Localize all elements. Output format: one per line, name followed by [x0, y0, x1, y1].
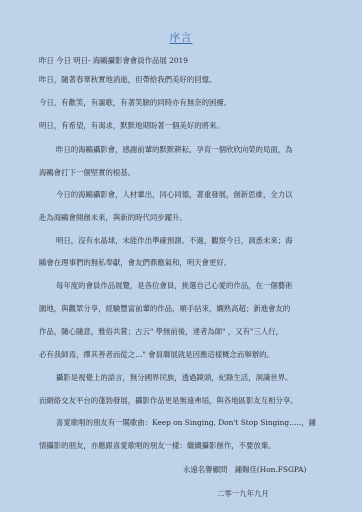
paragraph-photography-line2: 而網絡交友平台的蓬勃發展，攝影作品更是無遠弗屆，與各地區影友互相分享。 [39, 396, 298, 406]
signature-date: 二零一九年九月 [217, 489, 269, 499]
exhibition-heading: 昨日 今日 明日- 海鷗攝影會會員作品展 2019 [39, 56, 188, 66]
paragraph-tomorrow: 明日，有希望，有渴求，默默地期盼著一個美好的將來。 [39, 121, 224, 131]
paragraph-singing-line1: 喜愛歌唱的朋友有一闋歌曲：Keep on Singing, Don't Stop… [56, 418, 316, 428]
paragraph-photography-line1: 攝影是視覺上的語言，無分國界民族，透過鏡頭，紀錄生活，洞識世界。 [56, 373, 293, 383]
paragraph-club-present-line1: 今日的海鷗攝影會，人材輩出，同心同德，著重發展，創新思維，全力以 [56, 190, 293, 200]
paragraph-exhibition-line3: 作品，隨心隨意，雅俗共賞；古云" 學無前後，達者為師" ，又有"三人行， [39, 327, 283, 337]
paragraph-exhibition-line4: 必有我師焉，擇其善者而從之…" 會員聯展就是因應這樣概念而舉辦的。 [39, 350, 274, 360]
paragraph-club-past-line1: 昨日的海鷗攝影會，感謝前輩的默默耕耘，孕育一個欣欣向榮的局面，為 [56, 145, 293, 155]
title-text: 序言 [170, 32, 193, 44]
paragraph-singing-line2: 情攝影的朋友，亦應跟喜愛歌唱的朋友一樣：繼續攝影創作，不要放棄。 [39, 441, 276, 451]
paragraph-today: 今日，有歡笑，有謳歌，有著笑臉的同時亦有無奈的困擾。 [39, 98, 231, 108]
paragraph-club-future-line2: 鷗會在理事們的無私奉獻，會友們鼎應氣和，明天會更好。 [39, 258, 231, 268]
paragraph-exhibition-line1: 每年度的會員作品展覽，是各位會員，挑選自己心愛的作品，在一個藝術 [56, 281, 293, 291]
document-page: 序言 昨日 今日 明日- 海鷗攝影會會員作品展 2019 昨日，隨著春華秋實地消… [0, 0, 362, 512]
paragraph-yesterday: 昨日，隨著春華秋實地消逝，但帶給我們美好的回憶。 [39, 75, 216, 85]
paragraph-club-future-line1: 明日，沒有水晶球，未能作出準確預測。不過，觀察今日，洞悉未來；海 [56, 236, 293, 246]
signature-author: 永遠名譽顧問 鍾賜佳(Hon.FSGPA) [183, 465, 306, 475]
document-title: 序言 [0, 30, 362, 45]
paragraph-club-past-line2: 海鷗會打下一個堅實的根基。 [39, 168, 135, 178]
paragraph-club-present-line2: 赴為海鷗會開創未來，與新的時代同步躍升。 [39, 213, 187, 223]
paragraph-exhibition-line2: 園地，與觀眾分享，經驗豐富前輩的作品，順手拈來，嫻熟高超；新進會友的 [39, 304, 290, 314]
